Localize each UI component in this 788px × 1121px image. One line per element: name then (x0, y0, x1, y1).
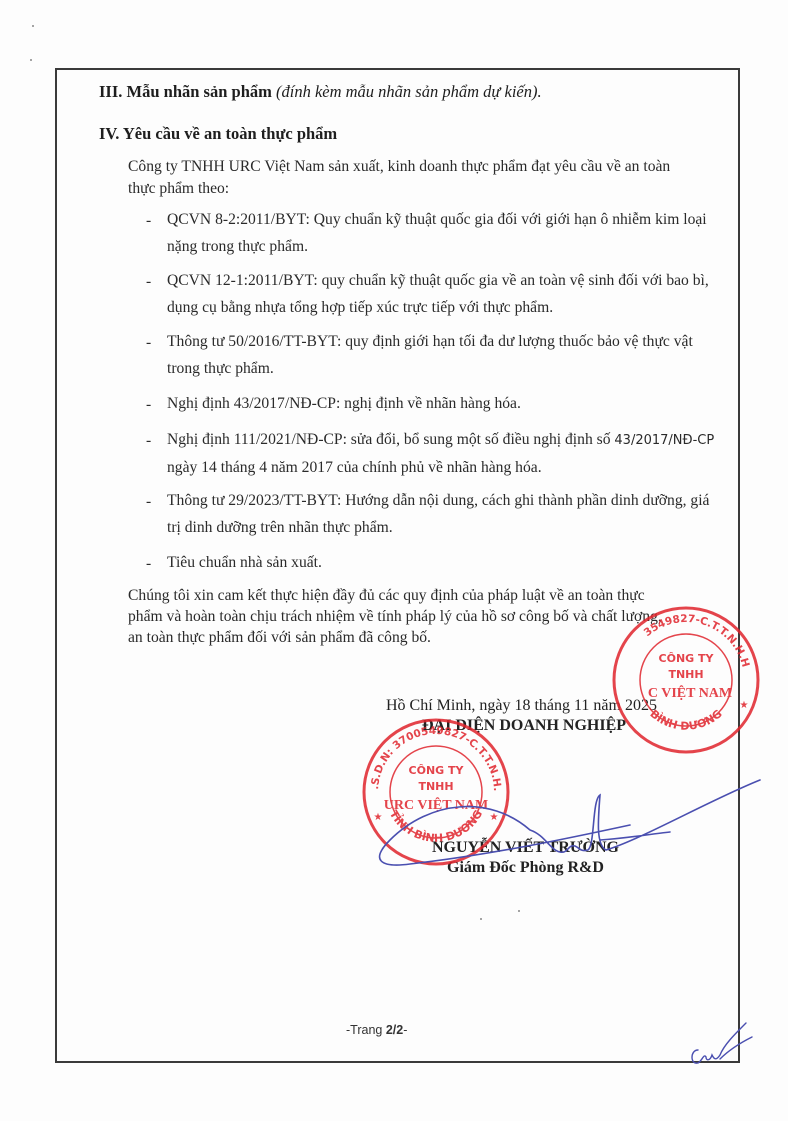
list-item-text: Thông tư 29/2023/TT-BYT: Hướng dẫn nội d… (167, 487, 709, 541)
bullet-dash: - (146, 273, 151, 291)
intro-line: Công ty TNHH URC Việt Nam sản xuất, kinh… (128, 156, 670, 178)
bullet-dash: - (146, 555, 151, 573)
scan-speck (30, 59, 32, 61)
list-item-line: ngày 14 tháng 4 năm 2017 của chính phủ v… (167, 454, 714, 481)
bullet-dash: - (146, 396, 151, 414)
section-iii-title: III. Mẫu nhãn sản phẩm (99, 82, 272, 101)
list-item-line: nặng trong thực phẩm. (167, 233, 707, 260)
scan-speck (480, 918, 482, 920)
list-item-line: Thông tư 29/2023/TT-BYT: Hướng dẫn nội d… (167, 487, 709, 514)
commitment-line: Chúng tôi xin cam kết thực hiện đầy đủ c… (128, 585, 662, 606)
list-item-line-part: Nghị định 111/2021/NĐ-CP: sửa đổi, bổ su… (167, 431, 614, 448)
bullet-dash: - (146, 493, 151, 511)
list-item-text: Thông tư 50/2016/TT-BYT: quy định giới h… (167, 328, 693, 382)
list-item-line: Thông tư 50/2016/TT-BYT: quy định giới h… (167, 328, 693, 355)
page-suffix: - (403, 1023, 407, 1037)
list-item-line: Nghị định 43/2017/NĐ-CP: nghị định về nh… (167, 390, 521, 417)
list-item-text: Tiêu chuẩn nhà sản xuất. (167, 549, 322, 576)
place-date: Hồ Chí Minh, ngày 18 tháng 11 năm 2025 (386, 697, 657, 715)
list-item-line: QCVN 8-2:2011/BYT: Quy chuẩn kỹ thuật qu… (167, 206, 707, 233)
commitment-line: an toàn thực phẩm đối với sản phẩm đã cô… (128, 627, 662, 648)
page-number: -Trang 2/2- (346, 1023, 407, 1037)
signatory-title: Giám Đốc Phòng R&D (447, 859, 604, 877)
commitment-paragraph: Chúng tôi xin cam kết thực hiện đầy đủ c… (128, 585, 662, 648)
svg-text:★: ★ (740, 700, 749, 711)
scan-speck (32, 25, 34, 27)
section-iv-intro: Công ty TNHH URC Việt Nam sản xuất, kinh… (128, 156, 670, 200)
list-item-line: QCVN 12-1:2011/BYT: quy chuẩn kỹ thuật q… (167, 267, 709, 294)
list-item-line: Nghị định 111/2021/NĐ-CP: sửa đổi, bổ su… (167, 426, 714, 454)
page-prefix: -Trang (346, 1023, 386, 1037)
list-item-line: dụng cụ bằng nhựa tổng hợp tiếp xúc trực… (167, 294, 709, 321)
scan-speck (518, 910, 520, 912)
representative-label: ĐẠI DIỆN DOANH NGHIỆP (422, 717, 626, 735)
list-item-text: QCVN 8-2:2011/BYT: Quy chuẩn kỹ thuật qu… (167, 206, 707, 260)
section-iv-heading: IV. Yêu cầu về an toàn thực phẩm (99, 124, 337, 144)
page-count: 2/2 (386, 1023, 403, 1037)
intro-line: thực phẩm theo: (128, 178, 670, 200)
list-item-line: trong thực phẩm. (167, 355, 693, 382)
section-iii-heading: III. Mẫu nhãn sản phẩm (đính kèm mẫu nhã… (99, 82, 542, 102)
decree-reference: 43/2017/NĐ-CP (614, 433, 714, 448)
list-item-text: Nghị định 43/2017/NĐ-CP: nghị định về nh… (167, 390, 521, 417)
signatory-name: NGUYỄN VIẾT TRƯỜNG (432, 839, 619, 857)
list-item-line: Tiêu chuẩn nhà sản xuất. (167, 549, 322, 576)
commitment-line: phẩm và hoàn toàn chịu trách nhiệm về tí… (128, 606, 662, 627)
list-item-text: QCVN 12-1:2011/BYT: quy chuẩn kỹ thuật q… (167, 267, 709, 321)
bullet-dash: - (146, 212, 151, 230)
list-item-line: trị dinh dưỡng trên nhãn thực phẩm. (167, 514, 709, 541)
section-iii-note: (đính kèm mẫu nhãn sản phẩm dự kiến). (276, 82, 542, 101)
bullet-dash: - (146, 432, 151, 450)
list-item-text: Nghị định 111/2021/NĐ-CP: sửa đổi, bổ su… (167, 426, 714, 481)
bullet-dash: - (146, 334, 151, 352)
